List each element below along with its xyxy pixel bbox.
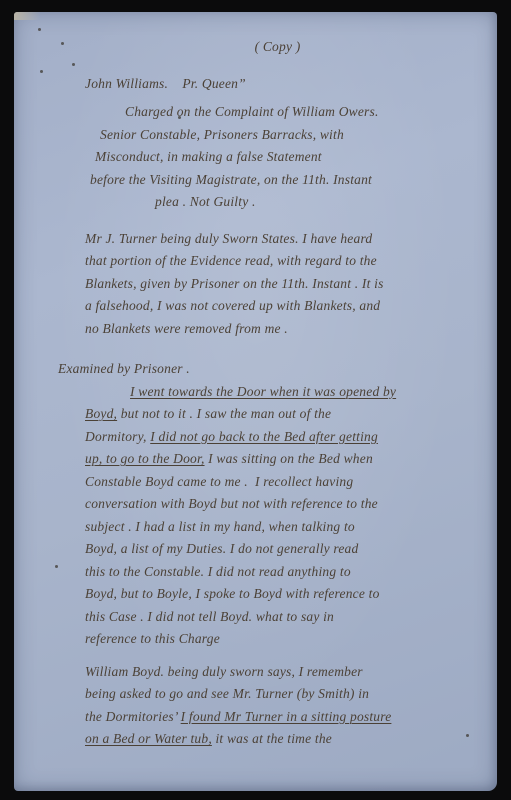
manuscript-line: a falsehood, I was not covered up with B… <box>85 295 497 318</box>
text-segment: that portion of the Evidence read, with … <box>85 253 377 268</box>
manuscript-line: the Dormitories’ I found Mr Turner in a … <box>85 706 497 729</box>
underlined-text: Boyd, <box>85 406 117 421</box>
examined-by-prisoner-heading: Examined by Prisoner . <box>58 358 497 381</box>
underlined-text: up, to go to the Door, <box>85 451 205 466</box>
manuscript-line: Constable Boyd came to me . I recollect … <box>85 471 497 494</box>
text-segment: this to the Constable. I did not read an… <box>85 564 351 579</box>
text-segment: it was at the time the <box>212 731 332 746</box>
foxing-spot <box>61 42 64 45</box>
text-segment: a falsehood, I was not covered up with B… <box>85 298 380 313</box>
prisoner-examination: I went towards the Door when it was open… <box>85 381 497 651</box>
case-title: John Williams. Pr. Queen” <box>85 73 497 96</box>
text-segment: Misconduct, in making a false Statement <box>95 149 322 164</box>
text-segment: Boyd, but to Boyle, I spoke to Boyd with… <box>85 586 380 601</box>
foxing-spot <box>72 63 75 66</box>
text-segment: Blankets, given by Prisoner on the 11th.… <box>85 276 384 291</box>
text-segment: plea . Not Guilty . <box>155 194 256 209</box>
manuscript-line: up, to go to the Door, I was sitting on … <box>85 448 497 471</box>
manuscript-line: William Boyd. being duly sworn says, I r… <box>85 661 497 684</box>
text-segment: before the Visiting Magistrate, on the 1… <box>90 172 372 187</box>
manuscript-line: Dormitory, I did not go back to the Bed … <box>85 426 497 449</box>
foxing-spot <box>55 565 58 568</box>
manuscript-line: being asked to go and see Mr. Turner (by… <box>85 683 497 706</box>
manuscript-line: plea . Not Guilty . <box>155 191 497 214</box>
text-segment: no Blankets were removed from me . <box>85 321 288 336</box>
manuscript-line: Boyd, but to Boyle, I spoke to Boyd with… <box>85 583 497 606</box>
manuscript-line: Boyd, but not to it . I saw the man out … <box>85 403 497 426</box>
text-segment: the Dormitories’ <box>85 709 181 724</box>
text-segment: Constable Boyd came to me . I recollect … <box>85 474 353 489</box>
text-segment: reference to this Charge <box>85 631 220 646</box>
text-segment: Senior Constable, Prisoners Barracks, wi… <box>100 127 344 142</box>
manuscript-line: Mr J. Turner being duly Sworn States. I … <box>85 228 497 251</box>
manuscript-line: on a Bed or Water tub, it was at the tim… <box>85 728 497 751</box>
manuscript-line: no Blankets were removed from me . <box>85 318 497 341</box>
text-segment: being asked to go and see Mr. Turner (by… <box>85 686 369 701</box>
foxing-spot <box>40 70 43 73</box>
manuscript-line: Charged on the Complaint of William Ower… <box>125 101 497 124</box>
manuscript-line: I went towards the Door when it was open… <box>85 381 497 404</box>
underlined-text: I went towards the Door when it was open… <box>130 384 396 399</box>
boyd-testimony: William Boyd. being duly sworn says, I r… <box>85 661 497 751</box>
underlined-text: I did not go back to the Bed after getti… <box>150 429 378 444</box>
text-segment: Boyd, a list of my Duties. I do not gene… <box>85 541 358 556</box>
underlined-text: I found Mr Turner in a sitting posture <box>181 709 392 724</box>
manuscript-page: ( Copy ) John Williams. Pr. Queen” Charg… <box>14 12 497 791</box>
text-segment: William Boyd. being duly sworn says, I r… <box>85 664 363 679</box>
foxing-spot <box>38 28 41 31</box>
text-segment: conversation with Boyd but not with refe… <box>85 496 378 511</box>
foxing-spot <box>178 116 181 119</box>
copy-heading: ( Copy ) <box>14 36 497 59</box>
text-segment: Dormitory, <box>85 429 150 444</box>
manuscript-line: that portion of the Evidence read, with … <box>85 250 497 273</box>
manuscript-line: Blankets, given by Prisoner on the 11th.… <box>85 273 497 296</box>
foxing-spot <box>466 734 469 737</box>
text-segment: Charged on the Complaint of William Ower… <box>125 104 379 119</box>
manuscript-line: before the Visiting Magistrate, on the 1… <box>90 169 497 192</box>
turner-testimony: Mr J. Turner being duly Sworn States. I … <box>85 228 497 341</box>
manuscript-line: Senior Constable, Prisoners Barracks, wi… <box>100 124 497 147</box>
manuscript-line: reference to this Charge <box>85 628 497 651</box>
manuscript-line: this to the Constable. I did not read an… <box>85 561 497 584</box>
manuscript-line: Boyd, a list of my Duties. I do not gene… <box>85 538 497 561</box>
manuscript-line: subject . I had a list in my hand, when … <box>85 516 497 539</box>
charge-block: Charged on the Complaint of William Ower… <box>14 101 497 214</box>
text-segment: Mr J. Turner being duly Sworn States. I … <box>85 231 372 246</box>
text-segment: subject . I had a list in my hand, when … <box>85 519 355 534</box>
manuscript-line: this Case . I did not tell Boyd. what to… <box>85 606 497 629</box>
text-segment: I was sitting on the Bed when <box>205 451 373 466</box>
manuscript-line: Misconduct, in making a false Statement <box>95 146 497 169</box>
underlined-text: on a Bed or Water tub, <box>85 731 212 746</box>
manuscript-line: conversation with Boyd but not with refe… <box>85 493 497 516</box>
text-segment: but not to it . I saw the man out of the <box>117 406 331 421</box>
text-segment: this Case . I did not tell Boyd. what to… <box>85 609 334 624</box>
